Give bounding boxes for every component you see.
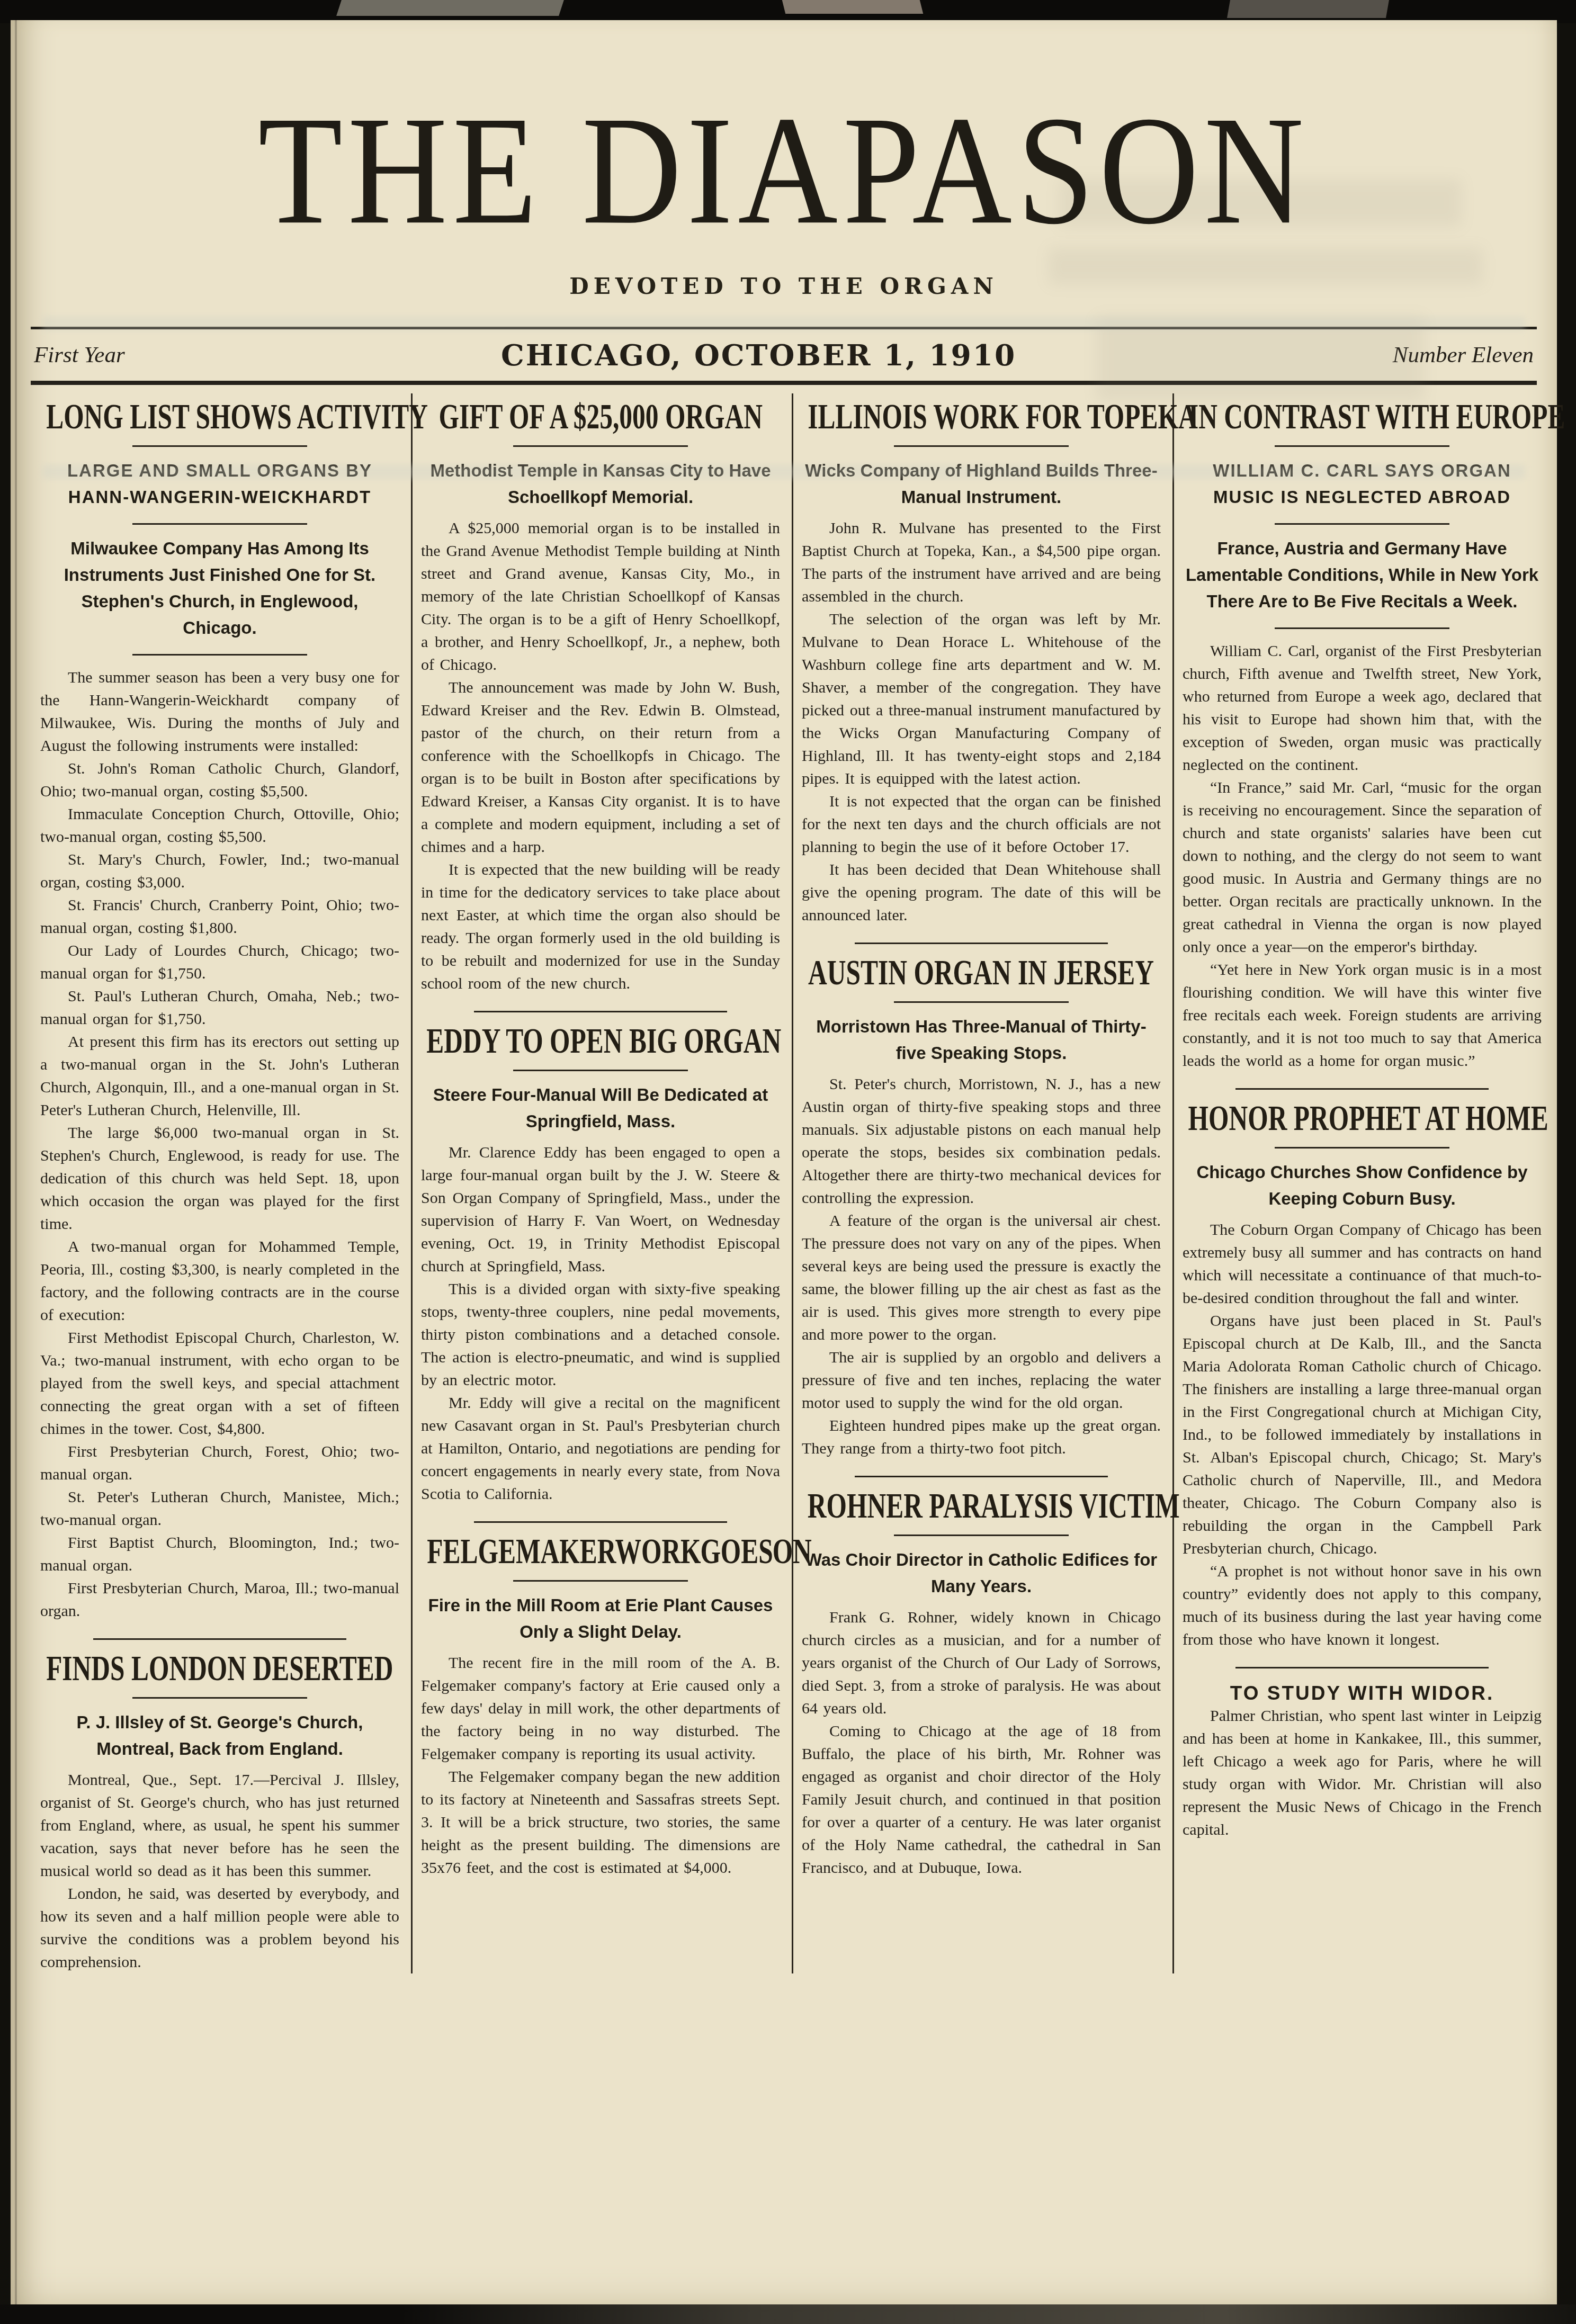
scan-artifact bbox=[402, 2304, 1576, 2324]
article-headline-text: HONOR PROPHET AT HOME bbox=[1188, 1099, 1548, 1139]
article-paragraph: “In France,” said Mr. Carl, “music for t… bbox=[1183, 776, 1542, 958]
article-headline-text: FINDS LONDON DESERTED bbox=[46, 1649, 393, 1690]
headline-rule bbox=[894, 445, 1069, 447]
article-deck: Morristown Has Three-Manual of Thirty-fi… bbox=[804, 1013, 1159, 1066]
article-headline: AUSTIN ORGAN IN JERSEY bbox=[802, 958, 1161, 989]
article-headline: FELGEMAKER WORK GOES ON bbox=[421, 1537, 780, 1567]
article-paragraph: The large $6,000 two-manual organ in St.… bbox=[40, 1121, 399, 1235]
article-paragraph: Our Lady of Lourdes Church, Chicago; two… bbox=[40, 939, 399, 985]
article-separator-rule bbox=[1235, 1667, 1489, 1668]
headline-rule bbox=[513, 445, 688, 447]
article-paragraph: First Presbyterian Church, Maroa, Ill.; … bbox=[40, 1577, 399, 1622]
article-paragraph: The Coburn Organ Company of Chicago has … bbox=[1183, 1218, 1542, 1309]
column-area: LONG LIST SHOWS ACTIVITYLARGE AND SMALL … bbox=[11, 385, 1557, 1973]
scan-artifact bbox=[782, 0, 923, 14]
article-paragraph: St. Paul's Lutheran Church, Omaha, Neb.;… bbox=[40, 985, 399, 1030]
article-paragraph: The announcement was made by John W. Bus… bbox=[421, 676, 780, 858]
show-through-band bbox=[42, 317, 1525, 330]
city-and-date: CHICAGO, OCTOBER 1, 1910 bbox=[501, 338, 1016, 372]
article-paragraph: St. Peter's Lutheran Church, Manistee, M… bbox=[40, 1486, 399, 1531]
headline-rule bbox=[132, 1697, 307, 1699]
article-paragraph: The recent fire in the mill room of the … bbox=[421, 1652, 780, 1765]
headline-rule bbox=[513, 1070, 688, 1071]
article-paragraph: St. Mary's Church, Fowler, Ind.; two-man… bbox=[40, 848, 399, 894]
scan-artifact bbox=[336, 0, 564, 16]
article-paragraph: It is not expected that the organ can be… bbox=[802, 790, 1161, 858]
headline-rule bbox=[1275, 1147, 1449, 1148]
newspaper-column: IN CONTRAST WITH EUROPEWILLIAM C. CARL S… bbox=[1174, 393, 1553, 1973]
article-paragraph: It has been decided that Dean Whitehouse… bbox=[802, 858, 1161, 927]
article-paragraph: Mr. Eddy will give a recital on the magn… bbox=[421, 1392, 780, 1505]
article-paragraph: St. John's Roman Catholic Church, Glando… bbox=[40, 757, 399, 803]
newspaper-column: ILLINOIS WORK FOR TOPEKAWicks Company of… bbox=[793, 393, 1174, 1973]
edition-year: First Year bbox=[34, 342, 125, 368]
article-deck: Was Choir Director in Catholic Edifices … bbox=[804, 1547, 1159, 1600]
article-paragraph: John R. Mulvane has presented to the Fir… bbox=[802, 517, 1161, 608]
show-through-band bbox=[42, 465, 1525, 479]
newspaper-tagline: DEVOTED TO THE ORGAN bbox=[11, 273, 1557, 299]
article-headline-text: ILLINOIS WORK FOR TOPEKA bbox=[808, 397, 1197, 438]
article-paragraph: St. Francis' Church, Cranberry Point, Oh… bbox=[40, 894, 399, 939]
article-paragraph: “Yet here in New York organ music is in … bbox=[1183, 958, 1542, 1072]
article-headline: ROHNER PARALYSIS VICTIM bbox=[802, 1491, 1161, 1522]
headline-rule bbox=[894, 1001, 1069, 1003]
page-edge-shadow bbox=[15, 20, 17, 2313]
article-paragraph: First Presbyterian Church, Forest, Ohio;… bbox=[40, 1440, 399, 1486]
article-paragraph: Immaculate Conception Church, Ottoville,… bbox=[40, 803, 399, 848]
newspaper-page: THE DIAPASON DEVOTED TO THE ORGAN First … bbox=[11, 20, 1557, 2313]
article-separator-rule bbox=[855, 1476, 1108, 1477]
article-paragraph: Palmer Christian, who spent last winter … bbox=[1183, 1704, 1542, 1841]
article-paragraph: Mr. Clarence Eddy has been engaged to op… bbox=[421, 1141, 780, 1278]
article-paragraph: A $25,000 memorial organ is to be instal… bbox=[421, 517, 780, 676]
article-deck: Milwaukee Company Has Among Its Instrume… bbox=[42, 535, 397, 641]
article-headline-text: IN CONTRAST WITH EUROPE bbox=[1188, 397, 1565, 438]
headline-rule bbox=[132, 523, 307, 525]
article-headline: EDDY TO OPEN BIG ORGAN bbox=[421, 1026, 780, 1057]
headline-rule bbox=[132, 445, 307, 447]
newspaper-column: LONG LIST SHOWS ACTIVITYLARGE AND SMALL … bbox=[32, 393, 413, 1973]
article-paragraph: First Methodist Episcopal Church, Charle… bbox=[40, 1326, 399, 1440]
article-headline-text: TO STUDY WITH WIDOR. bbox=[1230, 1682, 1494, 1704]
article-paragraph: The summer season has been a very busy o… bbox=[40, 666, 399, 757]
article-headline-text: LONG LIST SHOWS ACTIVITY bbox=[46, 397, 428, 438]
headline-rule bbox=[894, 1535, 1069, 1536]
article-paragraph: The air is supplied by an orgoblo and de… bbox=[802, 1346, 1161, 1414]
article-paragraph: The selection of the organ was left by M… bbox=[802, 608, 1161, 790]
masthead: THE DIAPASON DEVOTED TO THE ORGAN bbox=[11, 20, 1557, 299]
article-headline: GIFT OF A $25,000 ORGAN bbox=[421, 402, 780, 433]
article-headline-text: FELGEMAKER WORK GOES ON bbox=[427, 1532, 812, 1573]
headline-rule bbox=[1275, 627, 1449, 629]
article-deck: France, Austria and Germany Have Lamenta… bbox=[1185, 535, 1539, 615]
article-headline: TO STUDY WITH WIDOR. bbox=[1183, 1682, 1542, 1704]
headline-rule bbox=[132, 654, 307, 656]
article-deck: Fire in the Mill Room at Erie Plant Caus… bbox=[423, 1592, 778, 1645]
article-deck: Steere Four-Manual Will Be Dedicated at … bbox=[423, 1082, 778, 1135]
article-paragraph: The Felgemaker company began the new add… bbox=[421, 1765, 780, 1879]
headline-rule bbox=[513, 1580, 688, 1582]
article-deck: P. J. Illsley of St. George's Church, Mo… bbox=[42, 1709, 397, 1762]
article-paragraph: Montreal, Que., Sept. 17.—Percival J. Il… bbox=[40, 1769, 399, 1882]
article-separator-rule bbox=[93, 1638, 346, 1640]
article-paragraph: Coming to Chicago at the age of 18 from … bbox=[802, 1720, 1161, 1879]
headline-rule bbox=[1275, 523, 1449, 525]
article-paragraph: Eighteen hundred pipes make up the great… bbox=[802, 1414, 1161, 1460]
article-paragraph: A two-manual organ for Mohammed Temple, … bbox=[40, 1235, 399, 1326]
scan-artifact bbox=[1227, 0, 1389, 18]
article-paragraph: “A prophet is not without honor save in … bbox=[1183, 1560, 1542, 1651]
article-paragraph: London, he said, was deserted by everybo… bbox=[40, 1882, 399, 1973]
article-headline: ILLINOIS WORK FOR TOPEKA bbox=[802, 402, 1161, 433]
article-paragraph: A feature of the organ is the universal … bbox=[802, 1209, 1161, 1346]
article-headline-text: GIFT OF A $25,000 ORGAN bbox=[438, 397, 763, 438]
article-headline-text: ROHNER PARALYSIS VICTIM bbox=[808, 1486, 1180, 1527]
article-paragraph: At present this firm has its erectors ou… bbox=[40, 1030, 399, 1121]
article-headline: IN CONTRAST WITH EUROPE bbox=[1183, 402, 1542, 433]
newspaper-column: GIFT OF A $25,000 ORGANMethodist Temple … bbox=[413, 393, 793, 1973]
article-separator-rule bbox=[474, 1011, 727, 1012]
article-headline-text: EDDY TO OPEN BIG ORGAN bbox=[426, 1021, 781, 1062]
article-headline: LONG LIST SHOWS ACTIVITY bbox=[40, 402, 399, 433]
article-separator-rule bbox=[474, 1521, 727, 1523]
article-paragraph: First Baptist Church, Bloomington, Ind.;… bbox=[40, 1531, 399, 1577]
article-paragraph: Organs have just been placed in St. Paul… bbox=[1183, 1309, 1542, 1560]
article-separator-rule bbox=[855, 943, 1108, 944]
article-headline-text: AUSTIN ORGAN IN JERSEY bbox=[809, 953, 1154, 994]
headline-rule bbox=[1275, 445, 1449, 447]
article-headline: HONOR PROPHET AT HOME bbox=[1183, 1103, 1542, 1134]
newspaper-title: THE DIAPASON bbox=[258, 93, 1309, 248]
article-paragraph: St. Peter's church, Morristown, N. J., h… bbox=[802, 1073, 1161, 1209]
article-deck: Chicago Churches Show Confidence by Keep… bbox=[1185, 1159, 1539, 1212]
article-separator-rule bbox=[1235, 1088, 1489, 1090]
article-headline: FINDS LONDON DESERTED bbox=[40, 1654, 399, 1684]
article-paragraph: This is a divided organ with sixty-five … bbox=[421, 1278, 780, 1392]
article-paragraph: It is expected that the new building wil… bbox=[421, 858, 780, 995]
article-paragraph: William C. Carl, organist of the First P… bbox=[1183, 640, 1542, 776]
article-paragraph: Frank G. Rohner, widely known in Chicago… bbox=[802, 1606, 1161, 1720]
scan-edge-bottom bbox=[0, 2304, 1576, 2324]
